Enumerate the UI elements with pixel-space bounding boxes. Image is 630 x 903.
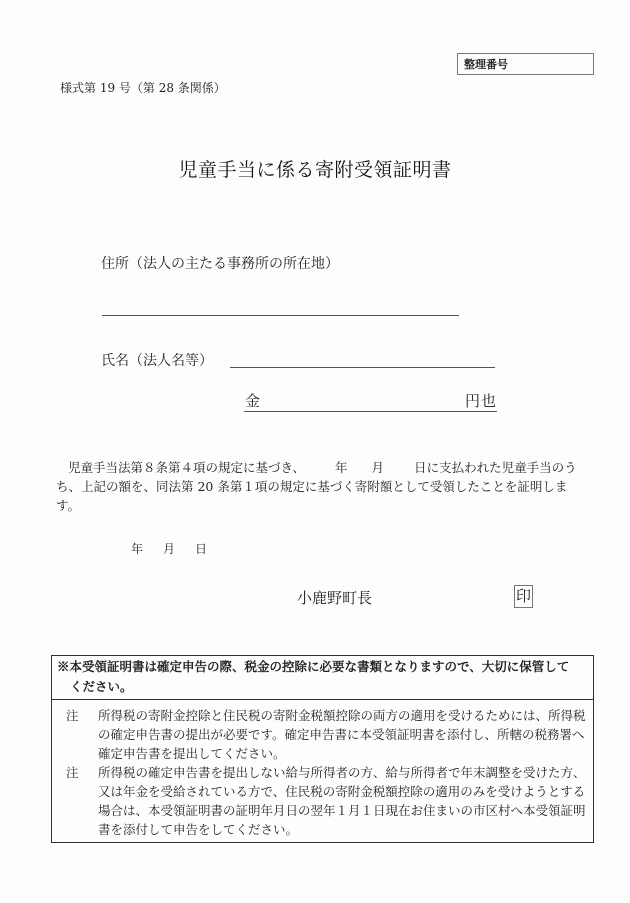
form-number: 様式第 19 号（第 28 条関係）	[60, 79, 226, 96]
payment-month-label: 月	[372, 460, 385, 475]
note-mark: 注	[66, 763, 79, 782]
address-label: 住所（法人の主たる事務所の所在地）	[101, 253, 339, 273]
notice-header: ※本受領証明書は確定申告の際、税金の控除に必要な書類となりますので、大切に保管し…	[52, 656, 593, 700]
seal-stamp-box: 印	[514, 585, 533, 608]
name-field[interactable]	[230, 367, 495, 368]
name-label: 氏名（法人名等）	[101, 350, 213, 370]
document-title: 児童手当に係る寄附受領証明書	[0, 155, 630, 182]
certification-text: 児童手当法第８条第４項の規定に基づき、年月日に支払われた児童手当のうち、上記の額…	[56, 458, 586, 515]
payment-day-label: 日	[414, 460, 427, 475]
notice-box: ※本受領証明書は確定申告の際、税金の控除に必要な書類となりますので、大切に保管し…	[51, 655, 594, 843]
reference-number-label: 整理番号	[464, 56, 508, 72]
payment-year-label: 年	[335, 460, 348, 475]
issue-year-label: 年	[131, 540, 143, 557]
issuer-title: 小鹿野町長	[297, 587, 372, 608]
address-field[interactable]	[102, 315, 459, 316]
amount-suffix: 円也	[465, 390, 497, 411]
amount-field[interactable]: 金 円也	[244, 389, 497, 412]
notice-header-line2: ください。	[57, 677, 589, 697]
issue-day-label: 日	[195, 540, 207, 557]
notice-header-line1: ※本受領証明書は確定申告の際、税金の控除に必要な書類となりますので、大切に保管し…	[57, 659, 569, 674]
reference-number-box[interactable]: 整理番号	[457, 53, 594, 75]
amount-prefix: 金	[245, 390, 260, 411]
note-text: 所得税の確定申告書を提出しない給与所得者の方、給与所得者で年末調整を受けた方、又…	[98, 763, 589, 839]
note-text: 所得税の寄附金控除と住民税の寄附金税額控除の両方の適用を受けるためには、所得税の…	[98, 706, 589, 763]
issue-month-label: 月	[163, 540, 175, 557]
note-mark: 注	[66, 706, 79, 725]
issue-date[interactable]: 年月日	[131, 540, 207, 557]
certification-text-part1: 児童手当法第８条第４項の規定に基づき、	[68, 460, 305, 475]
